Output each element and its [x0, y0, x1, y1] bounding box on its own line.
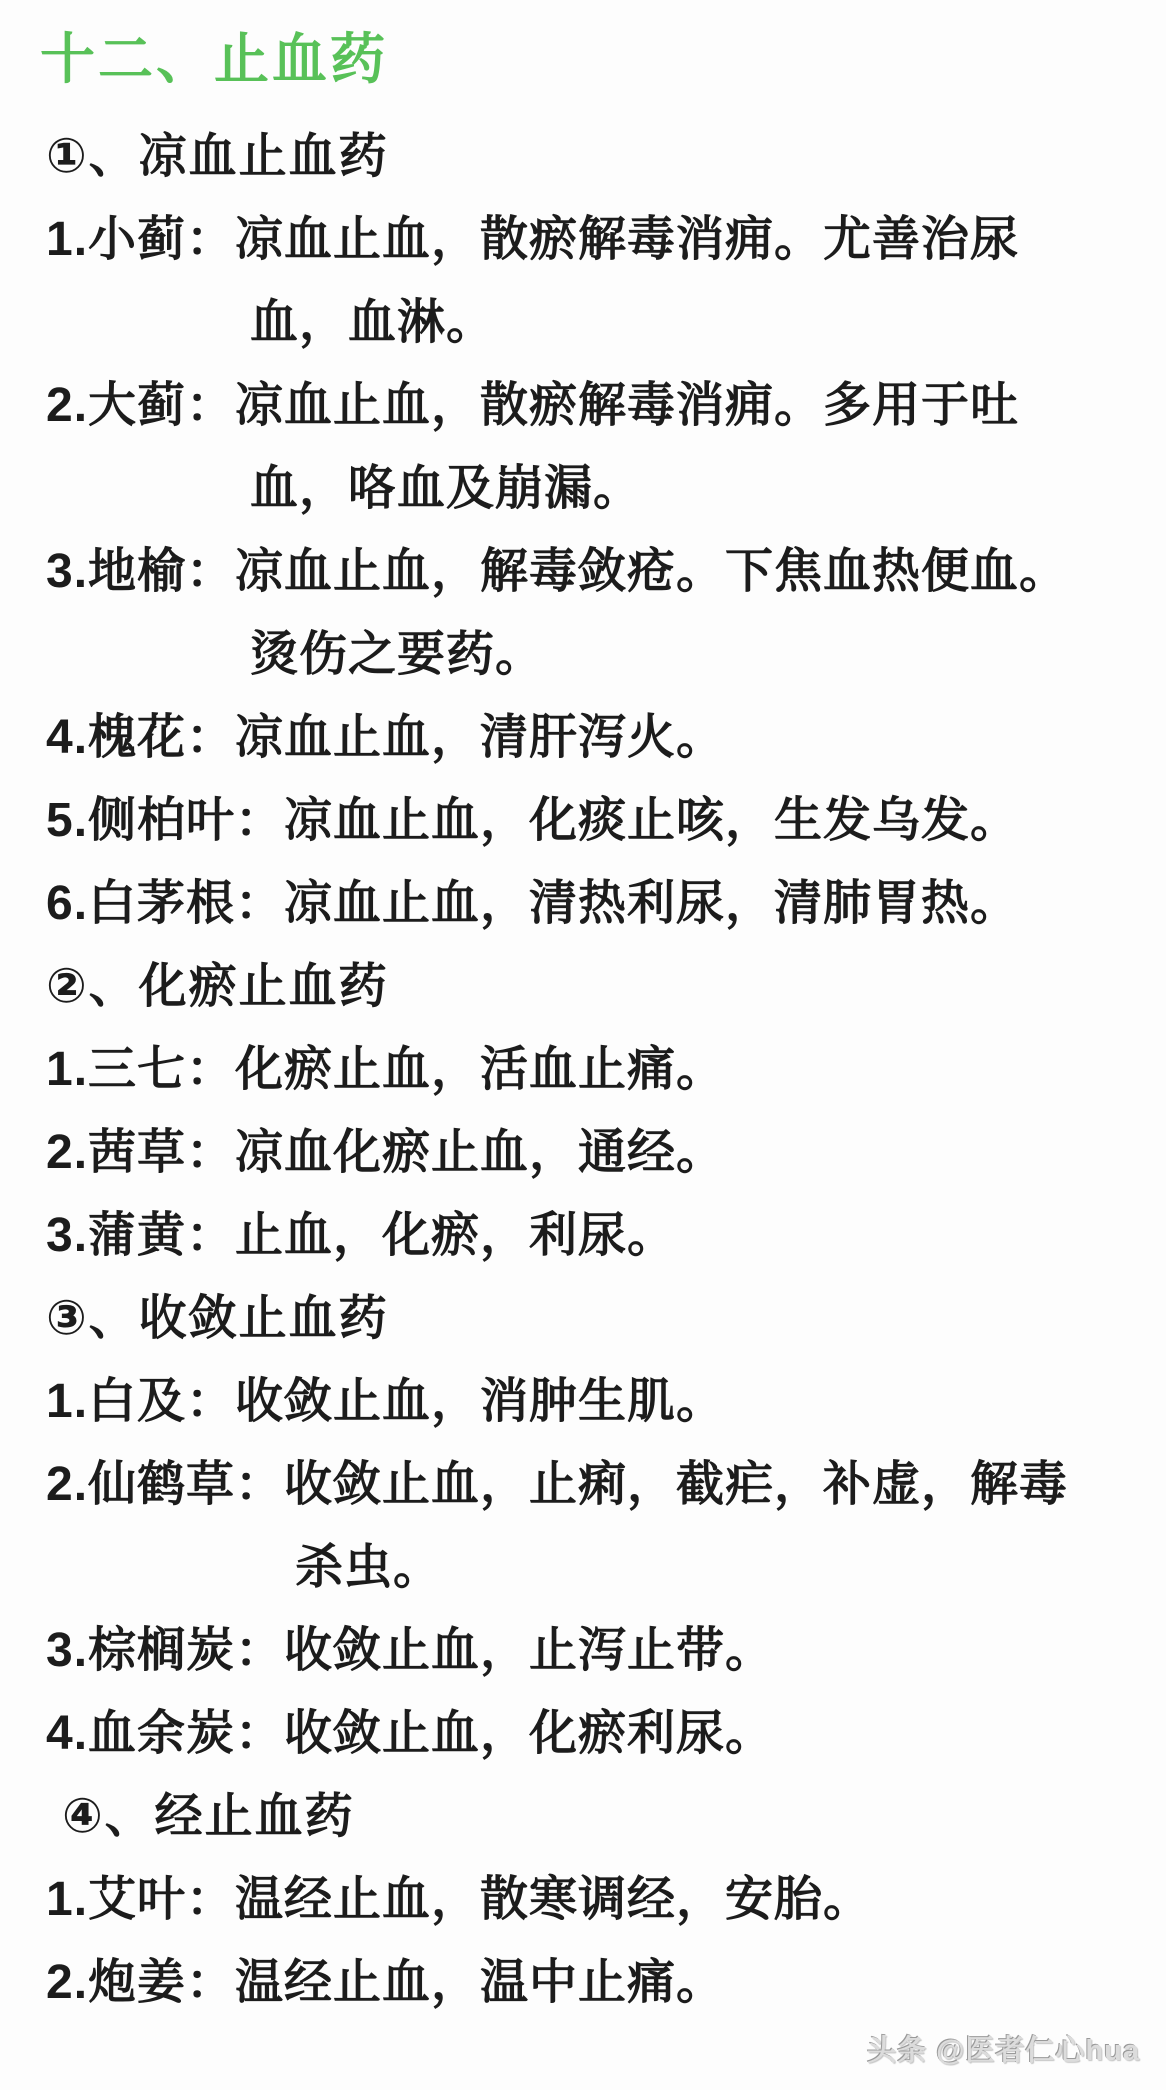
text-line: 2.大蓟：凉血止血，散瘀解毒消痈。多用于吐: [0, 359, 1166, 442]
text-line: 4.槐花：凉血止血，清肝泻火。: [0, 691, 1166, 774]
section-heading: ①、凉血止血药: [0, 110, 1166, 193]
text-line: 3.棕榈炭：收敛止血，止泻止带。: [0, 1604, 1166, 1687]
text-line: 血，咯血及崩漏。: [0, 442, 1166, 525]
section-heading: ④、经止血药: [0, 1770, 1166, 1853]
text-line: 1.小蓟：凉血止血，散瘀解毒消痈。尤善治尿: [0, 193, 1166, 276]
text-line: 3.蒲黄：止血，化瘀，利尿。: [0, 1189, 1166, 1272]
text-line: 4.血余炭：收敛止血，化瘀利尿。: [0, 1687, 1166, 1770]
text-line: 血，血淋。: [0, 276, 1166, 359]
text-line: 2.仙鹤草：收敛止血，止痢，截疟，补虚，解毒: [0, 1438, 1166, 1521]
text-line: 6.白茅根：凉血止血，清热利尿，清肺胃热。: [0, 857, 1166, 940]
text-line: 1.三七：化瘀止血，活血止痛。: [0, 1023, 1166, 1106]
text-line: 2.茜草：凉血化瘀止血，通经。: [0, 1106, 1166, 1189]
section-heading: ②、化瘀止血药: [0, 940, 1166, 1023]
text-line: 3.地榆：凉血止血，解毒敛疮。下焦血热便血。: [0, 525, 1166, 608]
text-line: 1.艾叶：温经止血，散寒调经，安胎。: [0, 1853, 1166, 1936]
document-page: 十二、止血药 ①、凉血止血药1.小蓟：凉血止血，散瘀解毒消痈。尤善治尿血，血淋。…: [0, 0, 1166, 2090]
page-title: 十二、止血药: [0, 0, 1166, 92]
section-heading: ③、收敛止血药: [0, 1272, 1166, 1355]
text-line: 杀虫。: [0, 1521, 1166, 1604]
text-line: 5.侧柏叶：凉血止血，化痰止咳，生发乌发。: [0, 774, 1166, 857]
text-line: 1.白及：收敛止血，消肿生肌。: [0, 1355, 1166, 1438]
text-line: 烫伤之要药。: [0, 608, 1166, 691]
document-body: ①、凉血止血药1.小蓟：凉血止血，散瘀解毒消痈。尤善治尿血，血淋。2.大蓟：凉血…: [0, 110, 1166, 2019]
watermark: 头条 @医者仁心hua: [867, 2028, 1140, 2069]
text-line: 2.炮姜：温经止血，温中止痛。: [0, 1936, 1166, 2019]
